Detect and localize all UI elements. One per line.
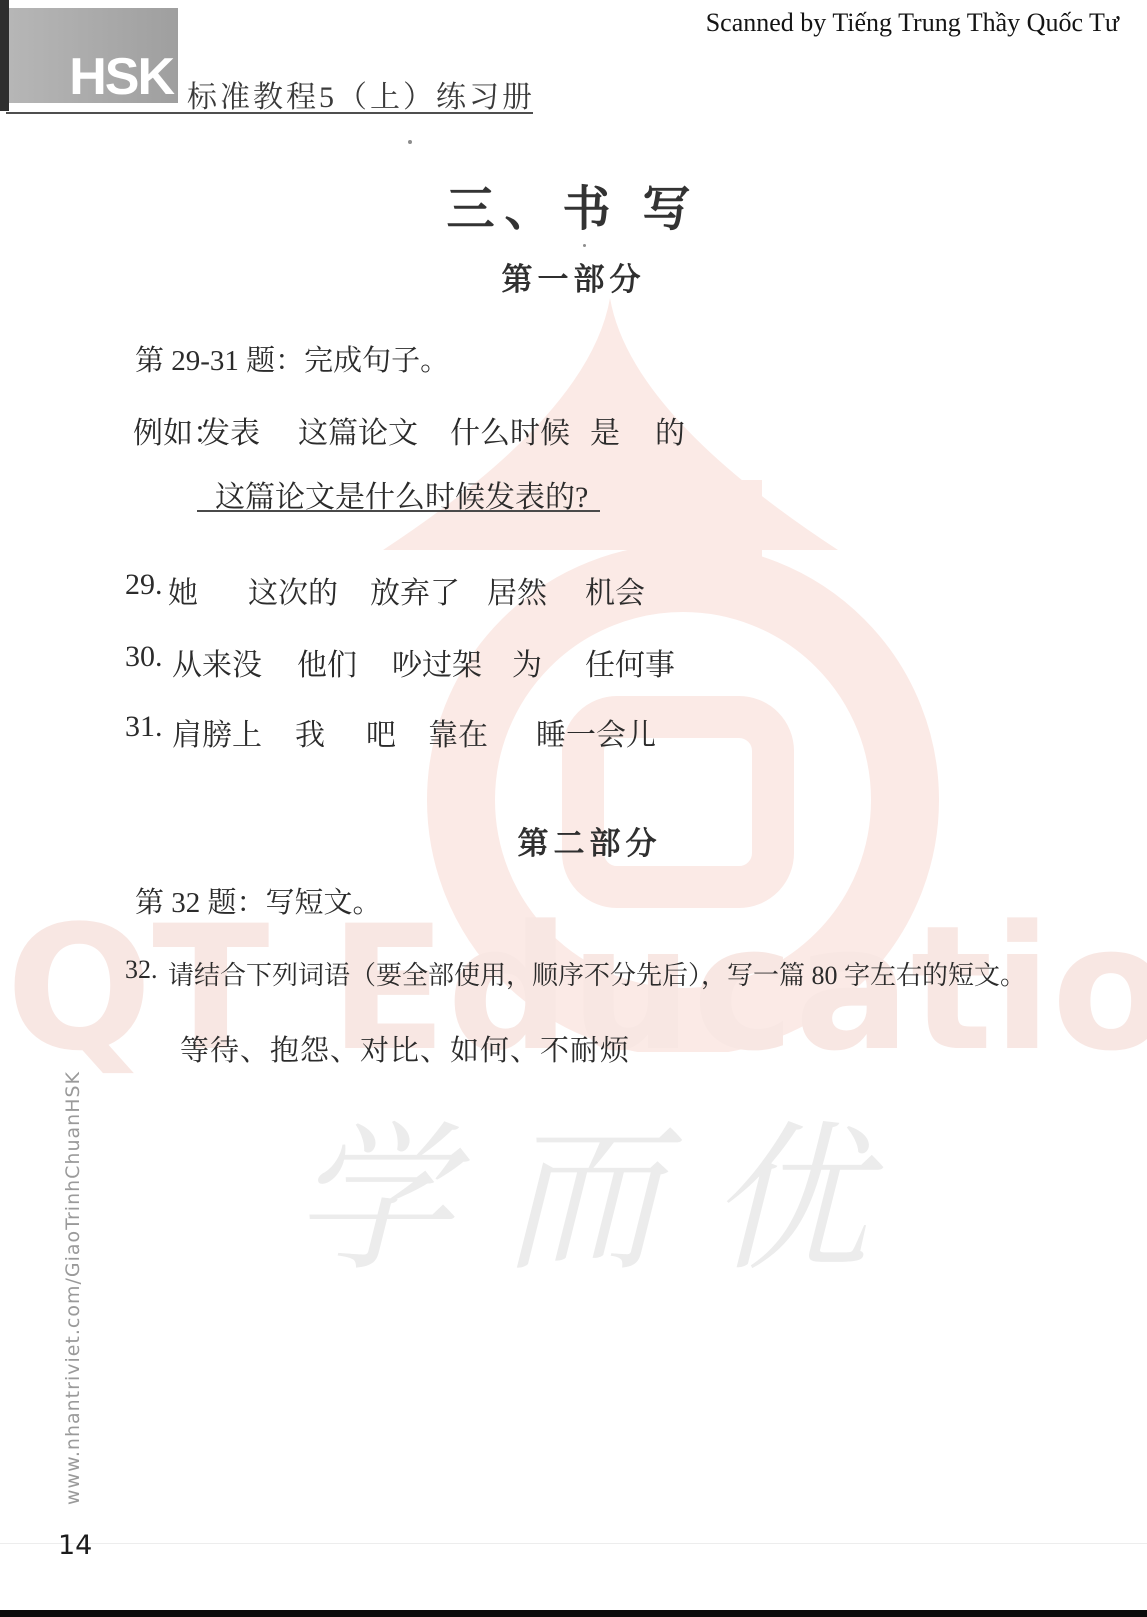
word-list: 等待、抱怨、对比、如何、不耐烦 <box>180 1028 630 1069</box>
example-word: 的 <box>655 408 685 452</box>
scan-credit: Scanned by Tiếng Trung Thầy Quốc Tư <box>706 8 1119 38</box>
scan-speck <box>583 244 586 247</box>
question-word: 机会 <box>585 568 645 612</box>
part2-heading: 第二部分 <box>16 818 1147 863</box>
scanned-workbook-page: QT Education 学而优 Scanned by Tiếng Trung … <box>0 0 1147 1617</box>
question-word: 放弃了 <box>370 568 460 612</box>
hsk-logo: HSK <box>69 51 173 103</box>
example-word: 什么时候 <box>450 408 570 452</box>
question-word: 任何事 <box>585 640 675 684</box>
question-number: 32. <box>125 955 158 985</box>
book-title: 标准教程5（上）练习册 <box>187 72 535 116</box>
question-number: 29. <box>125 568 163 602</box>
question-text: 请结合下列词语（要全部使用，顺序不分先后），写一篇 80 字左右的短文。 <box>168 955 1026 992</box>
question-word: 为 <box>512 640 542 684</box>
scan-bottom-bar <box>0 1610 1147 1617</box>
question-number: 30. <box>125 640 163 674</box>
hsk-logo-block: HSK <box>9 8 178 103</box>
calligraphy-watermark: 学而优 <box>292 1112 916 1288</box>
answer-underline <box>197 510 600 512</box>
part2-instruction: 第 32 题：写短文。 <box>135 880 382 921</box>
question-word: 从来没 <box>172 640 262 684</box>
scan-speck <box>408 140 412 144</box>
page-number: 14 <box>58 1530 92 1561</box>
question-word: 这次的 <box>248 568 338 612</box>
question-word: 吧 <box>366 710 396 754</box>
question-word: 居然 <box>487 568 547 612</box>
example-word: 这篇论文 <box>298 408 418 452</box>
question-number: 31. <box>125 710 163 744</box>
question-word: 睡一会儿 <box>536 710 656 754</box>
part1-heading: 第一部分 <box>0 254 1147 299</box>
part1-instruction: 第 29-31 题：完成句子。 <box>135 338 449 379</box>
question-word: 他们 <box>297 640 357 684</box>
question-word: 吵过架 <box>392 640 482 684</box>
header-rule <box>6 112 533 114</box>
question-word: 肩膀上 <box>172 710 262 754</box>
scan-edge-strip <box>0 0 9 111</box>
graduation-cap-watermark-icon <box>378 292 1088 1052</box>
footer-faint-rule <box>0 1543 1147 1544</box>
vertical-url: www.nhantriviet.com/GiaoTrinhChuanHSK <box>62 1071 84 1505</box>
question-word: 我 <box>295 710 325 754</box>
example-word: 是 <box>590 408 620 452</box>
section-title: 三、书 写 <box>0 170 1147 239</box>
example-word: 发表 <box>200 408 260 452</box>
question-word: 靠在 <box>428 710 488 754</box>
question-word: 她 <box>168 568 198 612</box>
